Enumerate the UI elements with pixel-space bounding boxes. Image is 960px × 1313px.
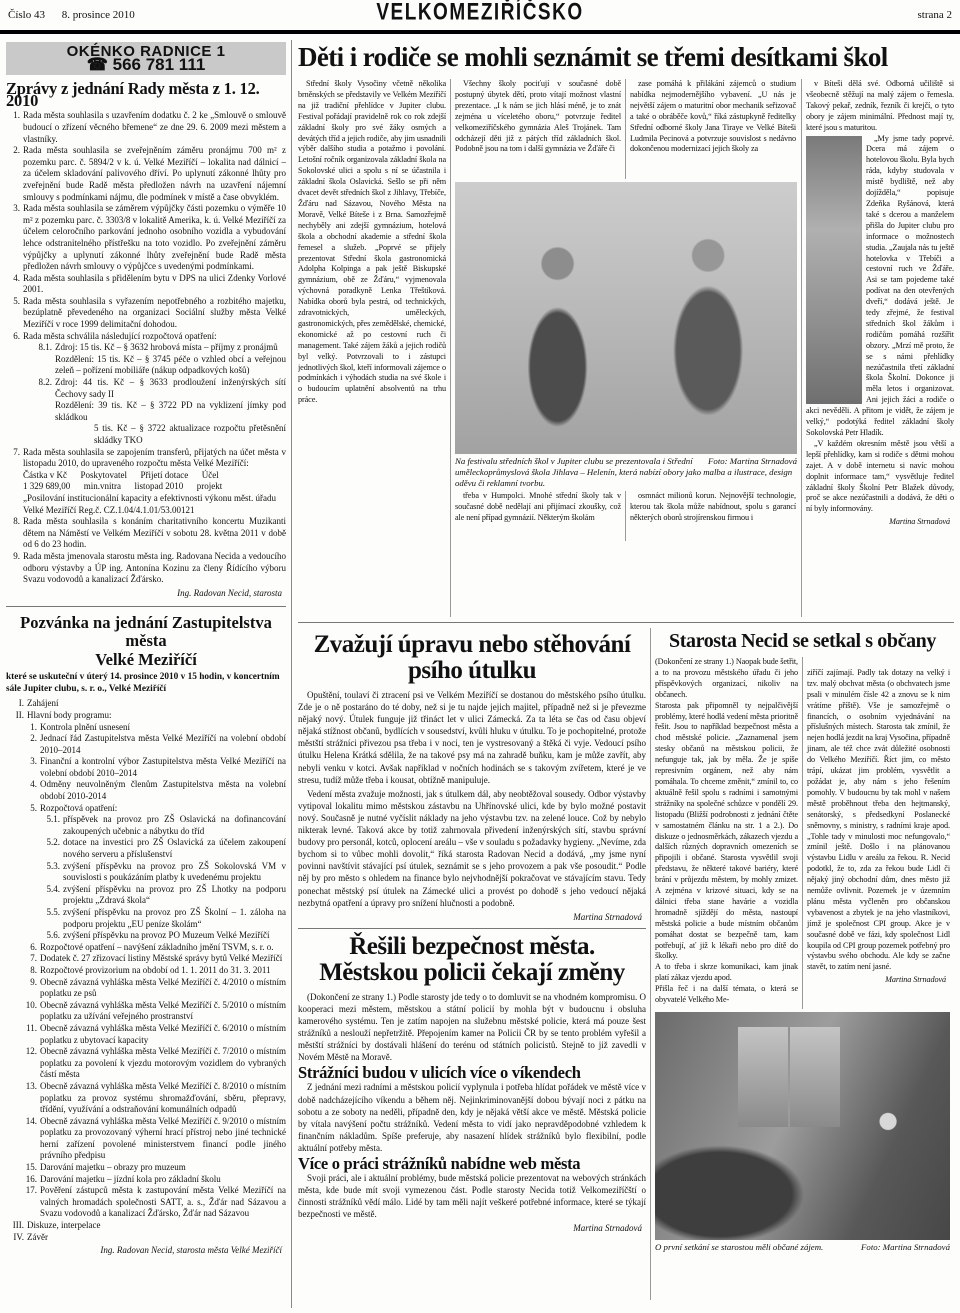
list-item: Částka v Kč Poskytovatel Přijetí dotace … (6, 470, 286, 482)
article-middle: Všechny školy pociťují v současné době p… (455, 79, 797, 617)
list-item: 8.Rada města souhlasila s konáním charit… (6, 516, 286, 551)
bottom-left-column: Zvažují úpravu nebo stěhování psího útul… (298, 628, 646, 1300)
mayor-headline: Starosta Necid se setkal s občany (655, 630, 950, 653)
list-item: 9.Rada města jmenovala starostu města in… (6, 551, 286, 586)
list-item: 4.Rada města souhlasila s přidělením byt… (6, 273, 286, 296)
invite-heading-line1: Pozvánka na jednání Zastupitelstva města (20, 613, 272, 650)
security-headline: Řešili bezpečnost města. Městskou polici… (298, 934, 646, 986)
main-article: Střední školy Vysočiny včetně několika b… (298, 79, 954, 617)
article-col-1: Střední školy Vysočiny včetně několika b… (298, 79, 446, 617)
column-rule (625, 79, 626, 179)
list-item: 14.Obecně závazná vyhláška města Velké M… (6, 1116, 286, 1162)
list-item: 7.Rada města souhlasila se zapojením tra… (6, 447, 286, 470)
list-item: III.Diskuze, interpelace (6, 1220, 286, 1232)
list-item: 5.Rozpočtová opatření: (6, 803, 286, 815)
festival-photo (455, 182, 797, 454)
list-item: 5.5.zvýšení příspěvku na provoz pro ZŠ Š… (6, 907, 286, 930)
invite-signature: Ing. Radovan Necid, starosta města Velké… (6, 1245, 282, 1257)
main-area: Děti i rodiče se mohli seznámit se třemi… (298, 40, 954, 1308)
mannequin-photo (806, 136, 862, 404)
weekend-subhead: Strážníci budou v ulicích více o víkende… (298, 1067, 646, 1079)
security-signature: Martina Strnadová (298, 1222, 642, 1234)
list-item: 4.Odměny neuvolněným členům Zastupitelst… (6, 779, 286, 802)
mayor-col-b-text: ziříčí zajímají. Padly tak dotazy na vel… (807, 668, 950, 971)
meeting-photo (655, 1012, 950, 1240)
mayor-article: Starosta Necid se setkal s občany (Dokon… (655, 628, 950, 1300)
article-col-3-bottom: osmnáct milionů korun. Nejnovější techno… (630, 491, 796, 541)
weekend-paragraph: Z jednání mezi radními a městskou polici… (298, 1081, 646, 1154)
list-item: 17.Pověření zástupců města k zastupování… (6, 1185, 286, 1220)
list-item: I.Zahájení (6, 698, 286, 710)
article-col3-bottom-text: osmnáct milionů korun. Nejnovější techno… (630, 491, 796, 524)
meeting-caption-text: O první setkání se starostou měli občané… (655, 1242, 823, 1252)
list-item: 5.1.příspěvek na provoz pro ZŠ Oslavická… (6, 814, 286, 837)
list-item: 10.Obecně závazná vyhláška města Velké M… (6, 1000, 286, 1023)
list-item: 6.Rada města schválila následující rozpo… (6, 331, 286, 343)
masthead: VELKOMEZIŘÍČSKO (0, 0, 960, 27)
council-signature: Ing. Radovan Necid, starosta (6, 588, 282, 600)
radnice-box-phone: ☎ 566 781 111 (8, 59, 284, 71)
list-item: 1.Rada města souhlasila s uzavřením doda… (6, 110, 286, 145)
security-paragraph: (Dokončení ze strany 1.) Podle starosty … (298, 991, 646, 1064)
list-item: IV.Závěr (6, 1232, 286, 1244)
radnice-box: OKÉNKO RADNICE 1 ☎ 566 781 111 (6, 42, 286, 75)
list-item: Rozdělení: 15 tis. Kč – § 3745 péče o vz… (6, 354, 286, 377)
list-item: 5.6.zvýšení příspěvku na provoz PO Muzeu… (6, 930, 286, 942)
column-rule (802, 657, 803, 1009)
column-rule (450, 79, 451, 617)
list-item: „Posilování institucionální kapacity a e… (6, 493, 286, 516)
list-item: 15.Darování majetku – obrazy pro muzeum (6, 1162, 286, 1174)
list-item: 8.1.Zdroj: 15 tis. Kč – § 3632 hrobová m… (6, 342, 286, 354)
list-item: 5.4.zvýšení příspěvku na provoz pro ZŠ L… (6, 884, 286, 907)
list-item: 13.Obecně závazná vyhláška města Velké M… (6, 1081, 286, 1116)
list-item: 9.Obecně závazná vyhláška města Velké Me… (6, 977, 286, 1000)
list-item: 1 329 689,00 min.vnitra listopad 2010 pr… (6, 481, 286, 493)
list-item: Rozdělení: 39 tis. Kč – § 3722 PD na vyk… (6, 400, 286, 423)
section-divider (298, 622, 954, 623)
list-item: II.Hlavní body programu: (6, 710, 286, 722)
column-rule (291, 40, 292, 1308)
article-col4-p1: v Bíteši dělá své. Odborná učiliště si v… (806, 79, 954, 134)
agenda-list: I.ZahájeníII.Hlavní body programu:1.Kont… (6, 698, 286, 1243)
column-rule (650, 628, 651, 1300)
list-item: 7.Dodatek č. 27 zřizovací listiny Městsk… (6, 953, 286, 965)
photo-caption: Foto: Martina Strnadová Na festivalu stř… (455, 456, 797, 488)
invite-heading: Pozvánka na jednání Zastupitelstva města… (6, 614, 286, 668)
mayor-signature: Martina Strnadová (807, 975, 946, 986)
photo-credit: Foto: Martina Strnadová (708, 456, 797, 467)
invite-heading-line2: Velké Meziříčí (95, 650, 197, 669)
article-divider (298, 928, 646, 929)
article-col-2-bottom: třeba v Humpolci. Mnohé střední školy ta… (455, 491, 621, 541)
council-list: 1.Rada města souhlasila s uzavřením doda… (6, 110, 286, 585)
list-item: 5 tis. Kč – § 3722 aktualizace rozpočtu … (6, 423, 286, 446)
phone-icon: ☎ (87, 55, 108, 74)
shelter-headline: Zvažují úpravu nebo stěhování psího útul… (298, 632, 646, 684)
phone-number: 566 781 111 (113, 55, 206, 74)
list-item: 5.2.dotace na investici pro ZŠ Oslavická… (6, 837, 286, 860)
newspaper-page: Číslo 43 8. prosince 2010 VELKOMEZIŘÍČSK… (0, 0, 960, 1313)
article-col2-top-text: Všechny školy pociťují v současné době p… (455, 79, 621, 155)
meeting-caption: Foto: Martina Strnadová O první setkání … (655, 1242, 950, 1253)
article-col3-top-text: zase pomáhá k přilákání zájemců o studiu… (630, 79, 796, 155)
column-rule (801, 79, 802, 617)
shelter-paragraph-1: Opuštění, toulaví či ztracení psi ve Vel… (298, 689, 646, 786)
list-item: 6.Rozpočtové opatření – navýšení základn… (6, 942, 286, 954)
list-item: 2.Jednací řád Zastupitelstva města Velké… (6, 733, 286, 756)
list-item: 16.Darování majetku – jízdní kola pro zá… (6, 1174, 286, 1186)
mayor-columns: (Dokončení ze strany 1.) Naopak bude šet… (655, 657, 950, 1009)
list-item: 5.Rada města souhlasila s vyřazením nepo… (6, 296, 286, 331)
header-rule (0, 30, 960, 34)
meeting-photo-credit: Foto: Martina Strnadová (861, 1242, 950, 1253)
article-col4-p3: „V každém okresním městě jsou větší a le… (806, 439, 954, 515)
list-item: 8.2.Zdroj: 44 tis. Kč – § 3633 prodlouže… (6, 377, 286, 400)
web-subhead: Více o práci strážníků nabídne web města (298, 1158, 646, 1170)
sidebar-column: OKÉNKO RADNICE 1 ☎ 566 781 111 Zprávy z … (6, 42, 286, 1308)
list-item: 1.Kontrola plnění usnesení (6, 722, 286, 734)
article-col2-bottom-text: třeba v Humpolci. Mnohé střední školy ta… (455, 491, 621, 524)
shelter-signature: Martina Strnadová (298, 911, 642, 923)
page-header: Číslo 43 8. prosince 2010 VELKOMEZIŘÍČSK… (0, 0, 960, 30)
bottom-section: Zvažují úpravu nebo stěhování psího útul… (298, 628, 954, 1300)
web-paragraph: Svoji práci, ale i aktuální problémy, bu… (298, 1172, 646, 1220)
shelter-paragraph-2: Vedení města zvažuje možnosti, jak s útu… (298, 788, 646, 909)
mayor-col-a: (Dokončení ze strany 1.) Naopak bude šet… (655, 657, 798, 1009)
sidebar-divider (6, 606, 286, 607)
page-number: strana 2 (917, 9, 952, 21)
list-item: 5.3.zvýšení příspěvku na provoz pro ZŠ S… (6, 861, 286, 884)
column-rule (625, 491, 626, 541)
list-item: 11.Obecně závazná vyhláška města Velké M… (6, 1023, 286, 1046)
article-col-2-top: Všechny školy pociťují v současné době p… (455, 79, 621, 179)
main-headline: Děti i rodiče se mohli seznámit se třemi… (298, 42, 954, 73)
list-item: 3.Finanční a kontrolní výbor Zastupitels… (6, 756, 286, 779)
middle-bottom-row: třeba v Humpolci. Mnohé střední školy ta… (455, 491, 797, 541)
mayor-col-b: ziříčí zajímají. Padly tak dotazy na vel… (807, 657, 950, 1009)
list-item: 3.Rada města souhlasila se záměrem výpůj… (6, 203, 286, 273)
middle-top-row: Všechny školy pociťují v současné době p… (455, 79, 797, 179)
article-col-4: v Bíteši dělá své. Odborná učiliště si v… (806, 79, 954, 617)
article-signature: Martina Strnadová (806, 517, 950, 528)
list-item: 2.Rada města souhlasila se zveřejněním z… (6, 145, 286, 203)
invite-intro: které se uskuteční v úterý 14. prosince … (6, 672, 286, 696)
list-item: 8.Rozpočtové provizorium na období od 1.… (6, 965, 286, 977)
council-heading: Zprávy z jednání Rady města z 1. 12. 201… (6, 83, 286, 106)
article-col-3-top: zase pomáhá k přilákání zájemců o studiu… (630, 79, 796, 179)
list-item: 12.Obecně závazná vyhláška města Velké M… (6, 1046, 286, 1081)
article-col1-text: Střední školy Vysočiny včetně několika b… (298, 79, 446, 406)
